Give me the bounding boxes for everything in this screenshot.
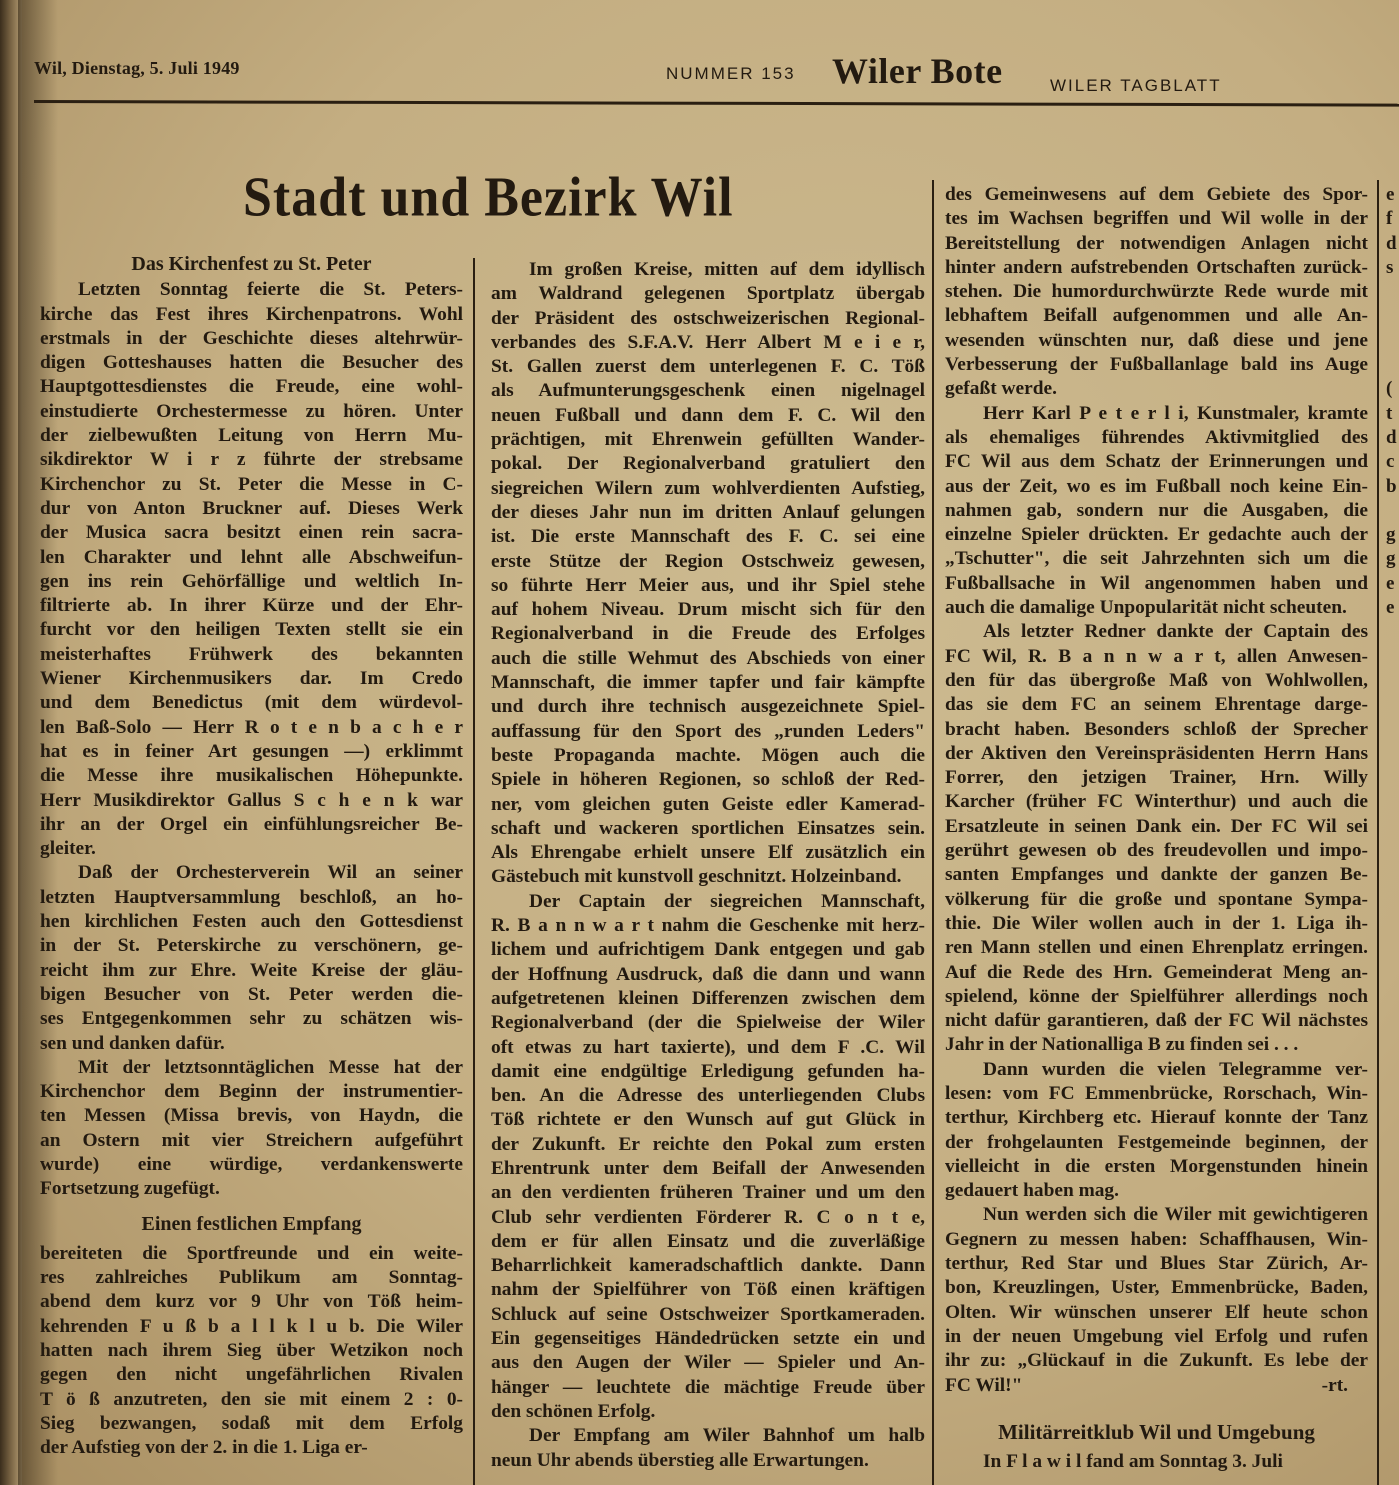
text-line: ist. Die erste Mannschaft des F. C. sei …	[491, 525, 925, 549]
text-line: R. B a n n w a r t nahm die Geschenke mi…	[491, 914, 925, 938]
text-line: ihr an der Orgel ein einfühlungsreicher …	[40, 813, 463, 837]
text-line: FC Wil, R. B a n n w a r t, allen Anwese…	[945, 645, 1368, 669]
text-line: das sie dem FC an seinem Ehrentage darge…	[945, 693, 1368, 717]
text-line: Ein gegenseitiges Händedrücken setzte ei…	[491, 1327, 925, 1351]
text-fragment	[1386, 766, 1399, 790]
text-line: Herr Karl P e t e r l i, Kunstmaler, kra…	[945, 402, 1368, 426]
text-line: Herr Musikdirektor Gallus S c h e n k wa…	[40, 789, 463, 813]
text-line: bigen Besucher von St. Peter werden die-	[40, 983, 463, 1007]
text-line: gefaßt werde.	[945, 377, 1368, 401]
text-line: hänger — leuchtete die mächtige Freude ü…	[491, 1376, 925, 1400]
text-line: sikdirektor W i r z führte der strebsame	[40, 448, 463, 472]
text-fragment	[1386, 353, 1399, 377]
text-line: digen Gotteshauses hatten die Besucher d…	[40, 351, 463, 375]
text-line: und dem Benedictus (mit dem würdevol-	[40, 691, 463, 715]
text-fragment: t	[1386, 402, 1399, 426]
section-title: Stadt und Bezirk Wil	[243, 166, 734, 230]
text-line: dem er für allen Einsatz und die zuverlä…	[491, 1230, 925, 1254]
text-line: des Gemeinwesens auf dem Gebiete des Spo…	[945, 183, 1368, 207]
text-line: Gästebuch mit kunstvoll geschnitzt. Holz…	[491, 865, 925, 889]
text-line: aus den Augen der Wiler — Spieler und An…	[491, 1351, 925, 1375]
text-fragment	[1386, 742, 1399, 766]
text-fragment	[1386, 839, 1399, 863]
text-line: aufgetretenen kleinen Differenzen zwisch…	[491, 987, 925, 1011]
text-line: erstmals in der Geschichte dieses altehr…	[40, 327, 463, 351]
text-fragment	[1386, 863, 1399, 887]
text-fragment	[1386, 499, 1399, 523]
text-line: lebhaftem Beifall aufgenommen und alle A…	[945, 304, 1368, 328]
text-line: am Waldrand gelegenen Sportplatz übergab	[491, 282, 925, 306]
text-line: der frohgelaunten Festgemeinde beginnen,…	[945, 1131, 1368, 1155]
text-line: als Aufmunterungsgeschenk einen nigelnag…	[491, 379, 925, 403]
text-line: Als Ehrengabe erhielt unsere Elf zusätzl…	[491, 841, 925, 865]
text-line: len Charakter und lehnt alle Abschweifun…	[40, 546, 463, 570]
article-column-3: des Gemeinwesens auf dem Gebiete des Spo…	[945, 183, 1368, 1474]
text-fragment: f	[1386, 207, 1399, 231]
text-line: FC Wil!"-rt.	[945, 1374, 1368, 1398]
text-fragment	[1386, 1374, 1399, 1398]
newspaper-subtitle: WILER TAGBLATT	[1050, 76, 1222, 96]
text-line: der zielbewußten Leitung von Herrn Mu-	[40, 424, 463, 448]
text-line: Schluck auf seine Ostschweizer Sportkame…	[491, 1303, 925, 1327]
text-line: pokal. Der Regionalverband gratuliert de…	[491, 452, 925, 476]
text-line: auf hohem Niveau. Drum mischt sich für d…	[491, 598, 925, 622]
text-line: hen kirchlichen Festen auch den Gottesdi…	[40, 910, 463, 934]
text-line: auffassung für den Sport des „runden Led…	[491, 720, 925, 744]
text-line: hinter andern aufstrebenden Ortschaften …	[945, 256, 1368, 280]
text-line: terthur, Red Star und Blues Star Zürich,…	[945, 1252, 1368, 1276]
text-fragment	[1386, 1228, 1399, 1252]
text-line: ten Messen (Missa brevis, von Haydn, die	[40, 1104, 463, 1128]
text-line: auch die damalige Unpopularität nicht sc…	[945, 596, 1368, 620]
text-fragment	[1386, 1058, 1399, 1082]
text-fragment: e	[1386, 596, 1399, 620]
text-line: kehrenden F u ß b a l l k l u b. Die Wil…	[40, 1315, 463, 1339]
text-line: siegreichen Wilern zum wohlverdienten Au…	[491, 477, 925, 501]
text-line: hatten nach ihrem Sieg über Wetzikon noc…	[40, 1339, 463, 1363]
text-line: T ö ß anzutreten, den sie mit einem 2 : …	[40, 1388, 463, 1412]
text-line: den für das übergroße Maß von Wohlwollen…	[945, 669, 1368, 693]
text-line: thie. Die Wiler wollen auch in der 1. Li…	[945, 912, 1368, 936]
text-line: St. Gallen zuerst dem unterlegenen F. C.…	[491, 355, 925, 379]
text-line: kirche das Fest ihres Kirchenpatrons. Wo…	[40, 303, 463, 327]
text-line: als ehemaliges führendes Aktivmitglied d…	[945, 426, 1368, 450]
text-line: terthur, Kirchberg etc. Hierauf konnte d…	[945, 1106, 1368, 1130]
text-line: der dieses Jahr nun im dritten Anlauf ge…	[491, 501, 925, 525]
text-fragment	[1386, 888, 1399, 912]
text-line: letzten Hauptversammlung beschloß, an ho…	[40, 886, 463, 910]
text-line: nicht dafür garantieren, daß der FC Wil …	[945, 1009, 1368, 1033]
text-line: gegen den nicht ungefährlichen Rivalen	[40, 1363, 463, 1387]
text-fragment	[1386, 620, 1399, 644]
article-heading: Militärreitklub Wil und Umgebung	[945, 1420, 1368, 1444]
text-fragment: c	[1386, 450, 1399, 474]
text-fragment	[1386, 1131, 1399, 1155]
text-fragment	[1386, 1349, 1399, 1373]
text-line: Töß richtete er den Wunsch auf gut Glück…	[491, 1108, 925, 1132]
text-line: res zahlreiches Publikum am Sonntag-	[40, 1266, 463, 1290]
text-fragment	[1386, 1155, 1399, 1179]
text-line: Regionalverband in die Freude des Erfolg…	[491, 622, 925, 646]
text-line: und durch ihre technisch ausgezeichnete …	[491, 695, 925, 719]
text-line: beste Propaganda machte. Mögen auch die	[491, 744, 925, 768]
text-line: der Hoffnung Ausdruck, daß die dann und …	[491, 963, 925, 987]
text-line: Beharrlichkeit kameradschaftlich dankte.…	[491, 1254, 925, 1278]
text-line: der Musica sacra besitzt einen rein sacr…	[40, 521, 463, 545]
text-line: Fußballsache in Wil angenommen haben und	[945, 572, 1368, 596]
text-line: Im großen Kreise, mitten auf dem idyllis…	[491, 258, 925, 282]
text-line: nahmen gab, sondern nur die Ausgaben, di…	[945, 499, 1368, 523]
text-line: hat es in feiner Art gesungen —) erklimm…	[40, 740, 463, 764]
article-column-2: Im großen Kreise, mitten auf dem idyllis…	[491, 258, 925, 1473]
text-fragment: s	[1386, 256, 1399, 280]
text-line: die Messe ihre musikalischen Höhepunkte.	[40, 764, 463, 788]
text-line: in der neuen Umgebung viel Erfolg und ru…	[945, 1325, 1368, 1349]
text-line: tes im Wachsen begriffen und Wil wolle i…	[945, 207, 1368, 231]
text-fragment	[1386, 669, 1399, 693]
column-divider	[473, 258, 475, 1485]
text-line: ren Mann stellen und einen Ehrenplatz er…	[945, 936, 1368, 960]
text-line: prächtigen, mit Ehrenwein gefüllten Wand…	[491, 428, 925, 452]
text-line: einstudierte Orchestermesse zu hören. Un…	[40, 400, 463, 424]
article-column-4-fragment: efds(tdcbggee	[1386, 183, 1399, 1422]
text-line: Letzten Sonntag feierte die St. Peters-	[40, 278, 463, 302]
text-line: FC Wil aus dem Schatz der Erinnerungen u…	[945, 450, 1368, 474]
text-line: nahm der Spielführer von Töß einen kräft…	[491, 1278, 925, 1302]
text-fragment	[1386, 718, 1399, 742]
text-line: so führte Herr Meier aus, und ihr Spiel …	[491, 574, 925, 598]
text-line: lesen: vom FC Emmenbrücke, Rorschach, Wi…	[945, 1082, 1368, 1106]
text-fragment	[1386, 329, 1399, 353]
text-fragment	[1386, 280, 1399, 304]
text-line: Nun werden sich die Wiler mit gewichtige…	[945, 1203, 1368, 1227]
text-fragment	[1386, 1252, 1399, 1276]
text-fragment	[1386, 645, 1399, 669]
text-line: der Zukunft. Er reichte den Pokal zum er…	[491, 1133, 925, 1157]
text-line: Regionalverband (der die Spielweise der …	[491, 1011, 925, 1035]
text-fragment	[1386, 912, 1399, 936]
text-line: ihr zu: „Glückauf in die Zukunft. Es leb…	[945, 1349, 1368, 1373]
text-line: Forrer, den jetzigen Trainer, Hrn. Willy	[945, 766, 1368, 790]
text-line: Ehrentrunk unter dem Beifall der Anwesen…	[491, 1157, 925, 1181]
text-line: wesenden wünschten nur, daß diese und je…	[945, 329, 1368, 353]
masthead-date: Wil, Dienstag, 5. Juli 1949	[34, 58, 240, 79]
text-line: ben. An die Adresse des unterliegenden C…	[491, 1084, 925, 1108]
text-line: Gegnern zu messen haben: Schaffhausen, W…	[945, 1228, 1368, 1252]
text-line: völkerung für die große und spontane Sym…	[945, 888, 1368, 912]
newspaper-name: Wiler Bote	[832, 50, 1003, 92]
text-line: Jahr in der Nationalliga B zu finden sei…	[945, 1033, 1368, 1057]
text-fragment	[1386, 304, 1399, 328]
text-line: den schönen Erfolg.	[491, 1400, 925, 1424]
text-fragment	[1386, 1106, 1399, 1130]
text-fragment: g	[1386, 523, 1399, 547]
text-fragment	[1386, 1325, 1399, 1349]
newspaper-page: Wil, Dienstag, 5. Juli 1949 NUMMER 153 W…	[0, 0, 1399, 1485]
text-fragment: e	[1386, 572, 1399, 596]
text-fragment	[1386, 1203, 1399, 1227]
text-line: gleiter.	[40, 837, 463, 861]
text-line: Fortsetzung zugefügt.	[40, 1177, 463, 1201]
text-line: an den verdienten früheren Trainer und u…	[491, 1181, 925, 1205]
text-line: oft etwas zu hart taxierte), und dem F .…	[491, 1036, 925, 1060]
text-line: Kirchenchor zu St. Peter die Messe in C-	[40, 473, 463, 497]
text-line: reicht ihm zur Ehre. Weite Kreise der gl…	[40, 959, 463, 983]
text-line: in der St. Peterskirche zu verschönern, …	[40, 934, 463, 958]
text-line: Hauptgottesdienstes die Freude, eine woh…	[40, 375, 463, 399]
text-line: sen und danken dafür.	[40, 1032, 463, 1056]
text-line: verbandes des S.F.A.V. Herr Albert M e i…	[491, 331, 925, 355]
text-line: Mit der letztsonntäglichen Messe hat der	[40, 1056, 463, 1080]
text-line: santen Empfanges und dankte der ganzen B…	[945, 863, 1368, 887]
text-line: Ersatzleute in seinen Dank ein. Der FC W…	[945, 815, 1368, 839]
text-line: bracht haben. Besonders schloß der Sprec…	[945, 718, 1368, 742]
text-line: gen ins rein Gehörfällige und weltlich I…	[40, 570, 463, 594]
text-fragment	[1386, 1398, 1399, 1422]
text-line: einzelne Spieler drückten. Er gedachte a…	[945, 523, 1368, 547]
text-line: erste Stütze der Region Ostschweiz gewes…	[491, 550, 925, 574]
text-fragment: d	[1386, 232, 1399, 256]
text-fragment	[1386, 1276, 1399, 1300]
text-line: „Tschutter", die seit Jahrzehnten sich u…	[945, 547, 1368, 571]
text-fragment	[1386, 790, 1399, 814]
masthead-rule	[34, 100, 1399, 107]
text-fragment	[1386, 815, 1399, 839]
text-line: der Präsident des ostschweizerischen Reg…	[491, 307, 925, 331]
text-line: Olten. Wir wünschen unserer Elf heute sc…	[945, 1301, 1368, 1325]
text-line: Als letzter Redner dankte der Captain de…	[945, 620, 1368, 644]
text-fragment: d	[1386, 426, 1399, 450]
column-divider	[1377, 180, 1379, 1485]
text-line: In F l a w i l fand am Sonntag 3. Juli	[945, 1450, 1368, 1474]
text-line: schaft und wackeren sportlichen Einsatze…	[491, 817, 925, 841]
text-fragment: e	[1386, 183, 1399, 207]
text-line: furcht vor den heiligen Texten stellt si…	[40, 618, 463, 642]
text-line: len Baß-Solo — Herr R o t e n b a c h e …	[40, 716, 463, 740]
author-signature: -rt.	[1322, 1374, 1348, 1398]
article-heading: Das Kirchenfest zu St. Peter	[40, 252, 463, 276]
text-line: dur von Anton Bruckner auf. Dieses Werk	[40, 497, 463, 521]
text-line: Wiener Kirchenmusikers dar. Im Credo	[40, 667, 463, 691]
text-line: der Aufstieg von der 2. in die 1. Liga e…	[40, 1436, 463, 1460]
text-line: Sieg bezwangen, sodaß mit dem Erfolg	[40, 1412, 463, 1436]
text-line: Bereitstellung der notwendigen Anlagen n…	[945, 232, 1368, 256]
issue-number: NUMMER 153	[666, 64, 796, 84]
text-line: lichem und aufrichtigem Dank entgegen un…	[491, 938, 925, 962]
text-line: bon, Kreuzlingen, Uster, Emmenbrücke, Ba…	[945, 1276, 1368, 1300]
text-line: Auf die Rede des Hrn. Gemeinderat Meng a…	[945, 961, 1368, 985]
text-line: Club sehr verdienten Förderer R. C o n t…	[491, 1206, 925, 1230]
text-fragment	[1386, 936, 1399, 960]
text-fragment	[1386, 1301, 1399, 1325]
text-fragment: b	[1386, 475, 1399, 499]
text-line: wurde) eine würdige, verdankenswerte	[40, 1153, 463, 1177]
text-line: ner, vom gleichen guten Geiste edler Kam…	[491, 793, 925, 817]
text-fragment	[1386, 1009, 1399, 1033]
text-line: neun Uhr abends überstieg alle Erwartung…	[491, 1449, 925, 1473]
text-fragment	[1386, 985, 1399, 1009]
text-line: Karcher (früher FC Winterthur) und auch …	[945, 790, 1368, 814]
text-line: vielleicht in die ersten Morgenstunden h…	[945, 1155, 1368, 1179]
text-fragment	[1386, 693, 1399, 717]
text-fragment	[1386, 1033, 1399, 1057]
text-line: neuen Fußball und dann dem F. C. Wil den	[491, 404, 925, 428]
text-fragment: (	[1386, 377, 1399, 401]
text-line: damit eine endgültige Erledigung gefunde…	[491, 1060, 925, 1084]
text-line: auch die stille Wehmut des Abschieds von…	[491, 647, 925, 671]
text-line: stehen. Die humordurchwürzte Rede wurde …	[945, 280, 1368, 304]
text-line: aus der Zeit, wo es im Fußball noch kein…	[945, 475, 1368, 499]
text-line: ses Entgegenkommen sehr zu schätzen wis-	[40, 1007, 463, 1031]
text-line: Spiele in höheren Regionen, so schloß de…	[491, 768, 925, 792]
text-fragment: g	[1386, 547, 1399, 571]
text-fragment	[1386, 1179, 1399, 1203]
text-fragment	[1386, 961, 1399, 985]
text-line: Daß der Orchesterverein Wil an seiner	[40, 861, 463, 885]
text-line: Der Empfang am Wiler Bahnhof um halb	[491, 1424, 925, 1448]
text-line: gerührt gewesen ob des freudevollen und …	[945, 839, 1368, 863]
text-line: Mannschaft, die immer tapfer und fair kä…	[491, 671, 925, 695]
text-line: an Ostern mit vier Streichern aufgeführt	[40, 1129, 463, 1153]
text-line: spielend, könne der Spielführer allerdin…	[945, 985, 1368, 1009]
article-heading: Einen festlichen Empfang	[40, 1212, 463, 1236]
article-column-1: Das Kirchenfest zu St. PeterLetzten Sonn…	[40, 270, 463, 1461]
text-line: filtrierte ab. In ihrer Kürze und der Eh…	[40, 594, 463, 618]
text-line: Kirchenchor dem Beginn der instrumentier…	[40, 1080, 463, 1104]
text-line: meisterhaftes Frühwerk des bekannten	[40, 643, 463, 667]
text-line: bereiteten die Sportfreunde und ein weit…	[40, 1242, 463, 1266]
column-divider	[932, 180, 934, 1485]
text-line: Der Captain der siegreichen Mannschaft,	[491, 890, 925, 914]
text-line: abend dem kurz vor 9 Uhr von Töß heim-	[40, 1290, 463, 1314]
text-line: der Aktiven den Vereinspräsidenten Herrn…	[945, 742, 1368, 766]
text-line: Dann wurden die vielen Telegramme ver-	[945, 1058, 1368, 1082]
text-fragment	[1386, 1082, 1399, 1106]
text-line: gedauert haben mag.	[945, 1179, 1368, 1203]
text-line: Verbesserung der Fußballanlage bald ins …	[945, 353, 1368, 377]
